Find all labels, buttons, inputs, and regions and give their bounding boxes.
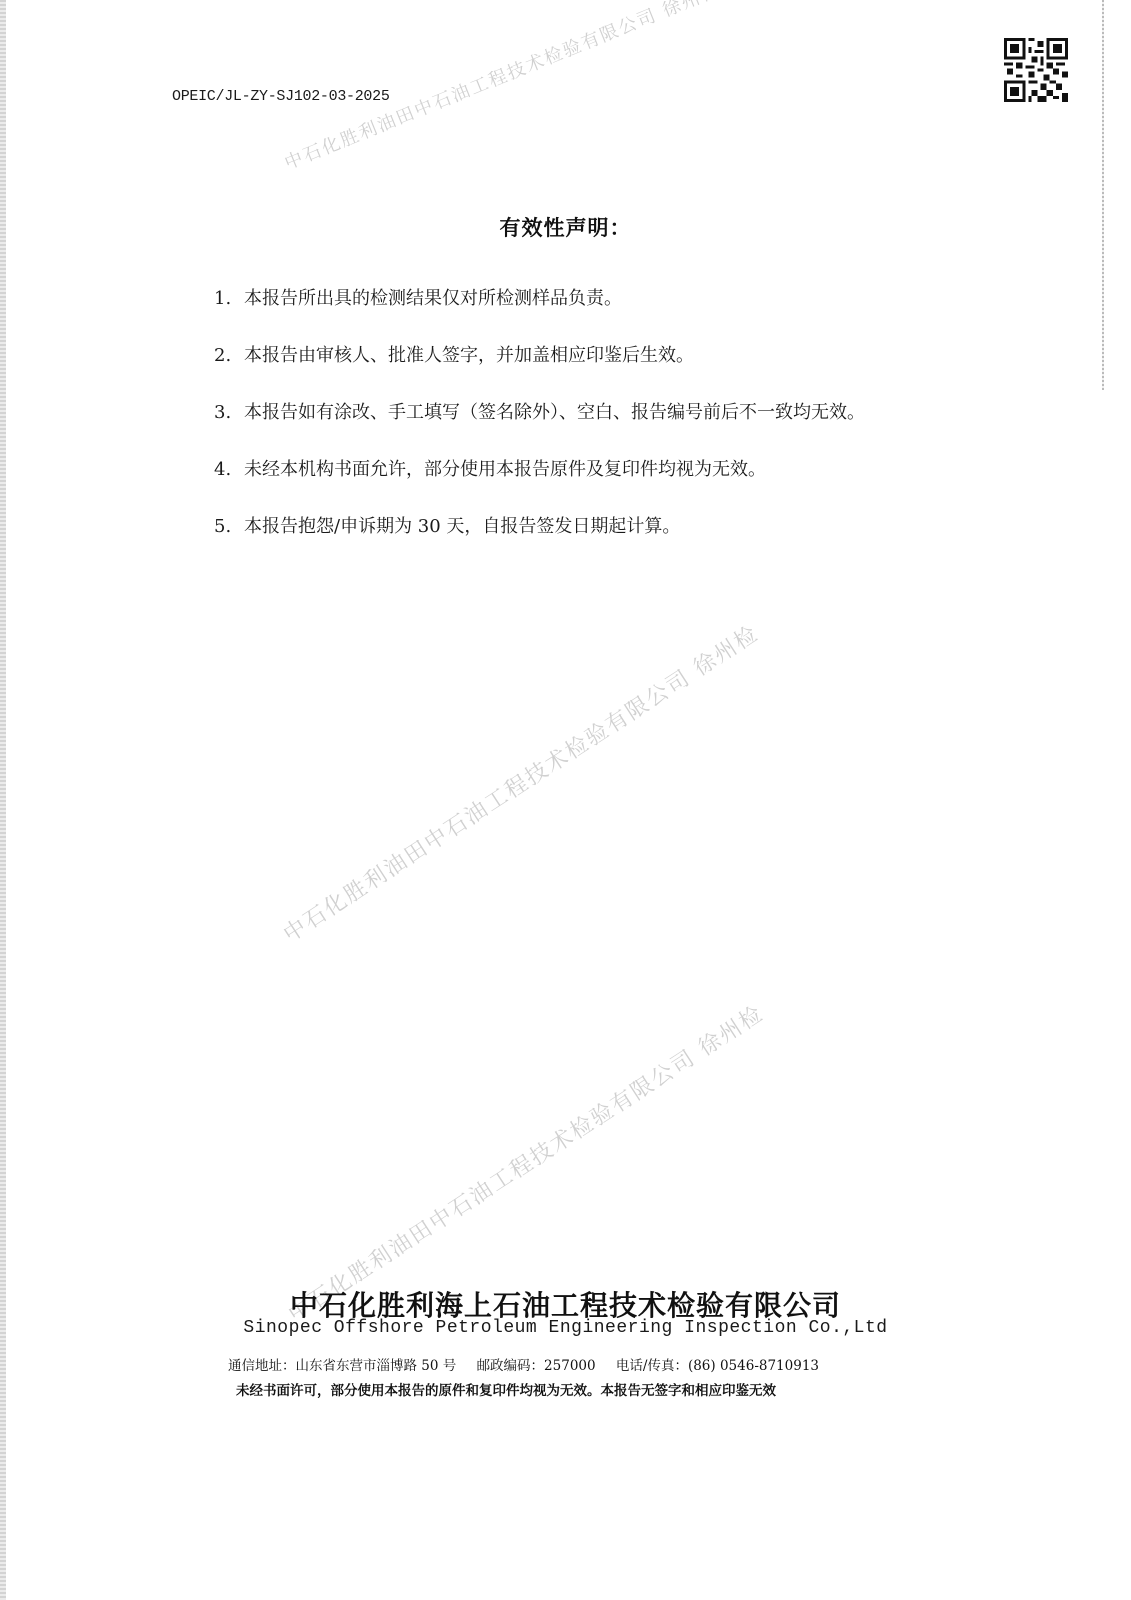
list-item-text: 未经本机构书面允许，部分使用本报告原件及复印件均视为无效。 bbox=[244, 459, 766, 480]
company-name-en: Sinopec Offshore Petroleum Engineering I… bbox=[0, 1318, 1131, 1338]
validity-statement-list: 1.本报告所出具的检测结果仅对所检测样品负责。 2.本报告由审核人、批准人签字，… bbox=[170, 284, 950, 569]
list-item-number: 3. bbox=[214, 398, 244, 427]
scan-edge-right bbox=[1102, 0, 1104, 390]
watermark: 中石化胜利油田中石油工程技术检验有限公司 徐州检 bbox=[282, 997, 769, 1329]
page-title: 有效性声明： bbox=[0, 212, 1131, 242]
list-item: 4.未经本机构书面允许，部分使用本报告原件及复印件均视为无效。 bbox=[170, 455, 950, 484]
list-item-number: 4. bbox=[214, 455, 244, 484]
footer-notice: 未经书面许可，部分使用本报告的原件和复印件均视为无效。本报告无签字和相应印鉴无效 bbox=[236, 1379, 776, 1399]
document-code: OPEIC/JL-ZY-SJ102-03-2025 bbox=[172, 88, 390, 105]
list-item-text: 本报告由审核人、批准人签字，并加盖相应印鉴后生效。 bbox=[244, 345, 694, 366]
address: 通信地址：山东省东营市淄博路 50 号 bbox=[228, 1358, 456, 1374]
list-item-number: 5. bbox=[214, 512, 244, 541]
list-item-text: 本报告抱怨/申诉期为 30 天，自报告签发日期起计算。 bbox=[244, 516, 680, 537]
contact-info: 通信地址：山东省东营市淄博路 50 号 邮政编码：257000 电话/传真：(8… bbox=[228, 1354, 835, 1374]
list-item: 2.本报告由审核人、批准人签字，并加盖相应印鉴后生效。 bbox=[170, 341, 950, 370]
list-item-number: 1. bbox=[214, 284, 244, 313]
list-item-text: 本报告所出具的检测结果仅对所检测样品负责。 bbox=[244, 288, 622, 309]
list-item-number: 2. bbox=[214, 341, 244, 370]
list-item-text: 本报告如有涂改、手工填写（签名除外）、空白、报告编号前后不一致均无效。 bbox=[244, 402, 865, 423]
qr-code-icon bbox=[1003, 38, 1069, 102]
list-item: 3.本报告如有涂改、手工填写（签名除外）、空白、报告编号前后不一致均无效。 bbox=[170, 398, 950, 427]
list-item: 5.本报告抱怨/申诉期为 30 天，自报告签发日期起计算。 bbox=[170, 512, 950, 541]
postcode: 邮政编码：257000 bbox=[477, 1358, 596, 1374]
list-item: 1.本报告所出具的检测结果仅对所检测样品负责。 bbox=[170, 284, 950, 313]
phone-fax: 电话/传真：(86) 0546-8710913 bbox=[616, 1358, 819, 1374]
watermark: 中石化胜利油田中石油工程技术检验有限公司 徐州检 bbox=[277, 617, 764, 949]
